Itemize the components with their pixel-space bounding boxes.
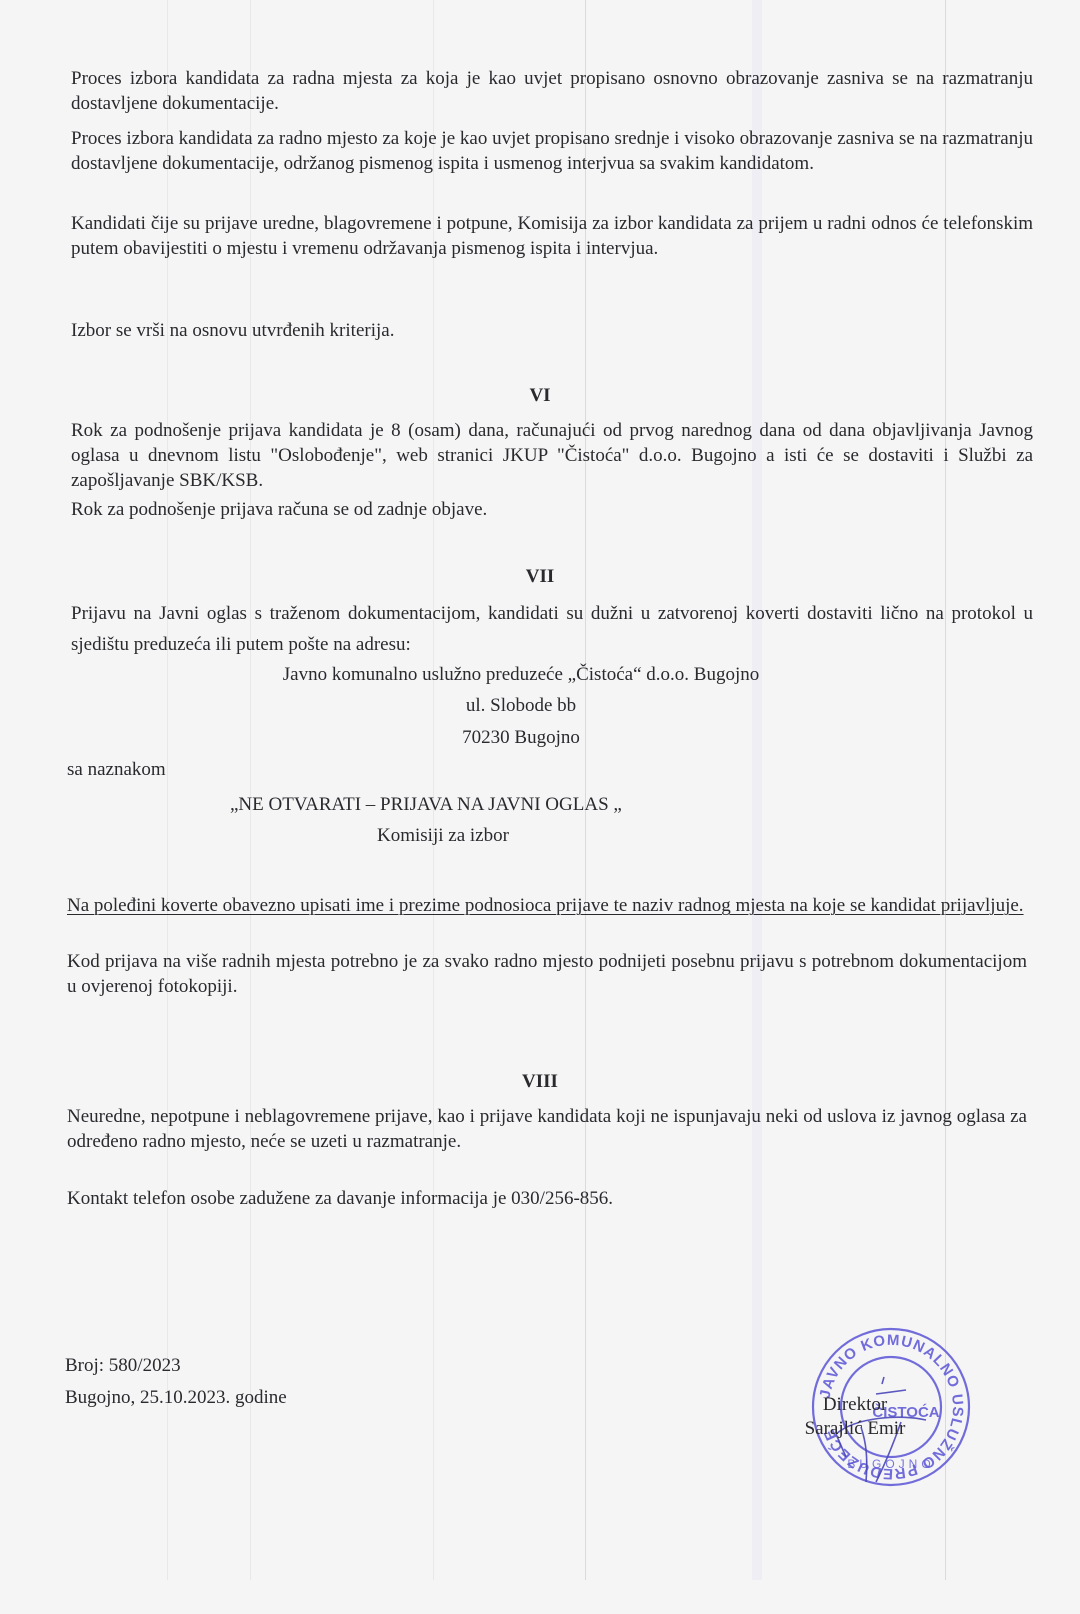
address-company: Javno komunalno uslužno preduzeće „Čisto… xyxy=(0,662,1061,687)
paragraph-secondary-education: Proces izbora kandidata za radno mjesto … xyxy=(71,126,1033,176)
document-place-date: Bugojno, 25.10.2023. godine xyxy=(65,1385,287,1410)
paragraph-basic-education: Proces izbora kandidata za radna mjesta … xyxy=(71,66,1033,116)
envelope-note: Na poleđini koverte obavezno upisati ime… xyxy=(67,893,1027,918)
paragraph-text: Kandidati čije su prijave uredne, blagov… xyxy=(71,211,1033,261)
address-city: 70230 Bugojno xyxy=(0,725,1061,750)
contact-phone: Kontakt telefon osobe zadužene za davanj… xyxy=(67,1186,613,1211)
section-viii-paragraph: Neuredne, nepotpune i neblagovremene pri… xyxy=(67,1104,1027,1154)
section-heading-vii: VII xyxy=(0,564,1080,589)
signatory-name: Sarajlić Emir xyxy=(800,1417,910,1441)
paragraph-notification: Kandidati čije su prijave uredne, blagov… xyxy=(71,211,1033,261)
paragraph-text: Rok za podnošenje prijava kandidata je 8… xyxy=(71,418,1033,493)
paragraph-text: Proces izbora kandidata za radno mjesto … xyxy=(71,126,1033,176)
paragraph-text: Neuredne, nepotpune i neblagovremene pri… xyxy=(67,1104,1027,1154)
section-vi-deadline-note: Rok za podnošenje prijava računa se od z… xyxy=(71,497,1033,522)
section-heading-viii: VIII xyxy=(0,1069,1080,1094)
section-heading-vi: VI xyxy=(0,383,1080,408)
marking-label: sa naznakom xyxy=(67,757,166,782)
section-vii-intro: Prijavu na Javni oglas s traženom dokume… xyxy=(71,598,1033,660)
paragraph-text: Kod prijava na više radnih mjesta potreb… xyxy=(67,949,1027,999)
document-number: Broj: 580/2023 xyxy=(65,1353,181,1378)
signatory-title: Direktor xyxy=(800,1393,910,1417)
svg-text:BUGOJNO: BUGOJNO xyxy=(847,1457,934,1471)
paragraph-text: Prijavu na Javni oglas s traženom dokume… xyxy=(71,598,1033,660)
document-page: Proces izbora kandidata za radna mjesta … xyxy=(0,0,1080,1614)
signature-block: Direktor Sarajlić Emir xyxy=(800,1393,910,1441)
paragraph-text: Na poleđini koverte obavezno upisati ime… xyxy=(67,893,1027,918)
paragraph-criteria: Izbor se vrši na osnovu utvrđenih kriter… xyxy=(71,318,1033,343)
section-vi-deadline: Rok za podnošenje prijava kandidata je 8… xyxy=(71,418,1033,493)
paragraph-text: Rok za podnošenje prijava računa se od z… xyxy=(71,497,1033,522)
paragraph-text: Izbor se vrši na osnovu utvrđenih kriter… xyxy=(71,318,1033,343)
address-street: ul. Slobode bb xyxy=(0,693,1061,718)
multi-application-note: Kod prijava na više radnih mjesta potreb… xyxy=(67,949,1027,999)
paragraph-text: Proces izbora kandidata za radna mjesta … xyxy=(71,66,1033,116)
marking-recipient: Komisiji za izbor xyxy=(377,823,509,848)
marking-text: „NE OTVARATI – PRIJAVA NA JAVNI OGLAS „ xyxy=(230,792,622,817)
